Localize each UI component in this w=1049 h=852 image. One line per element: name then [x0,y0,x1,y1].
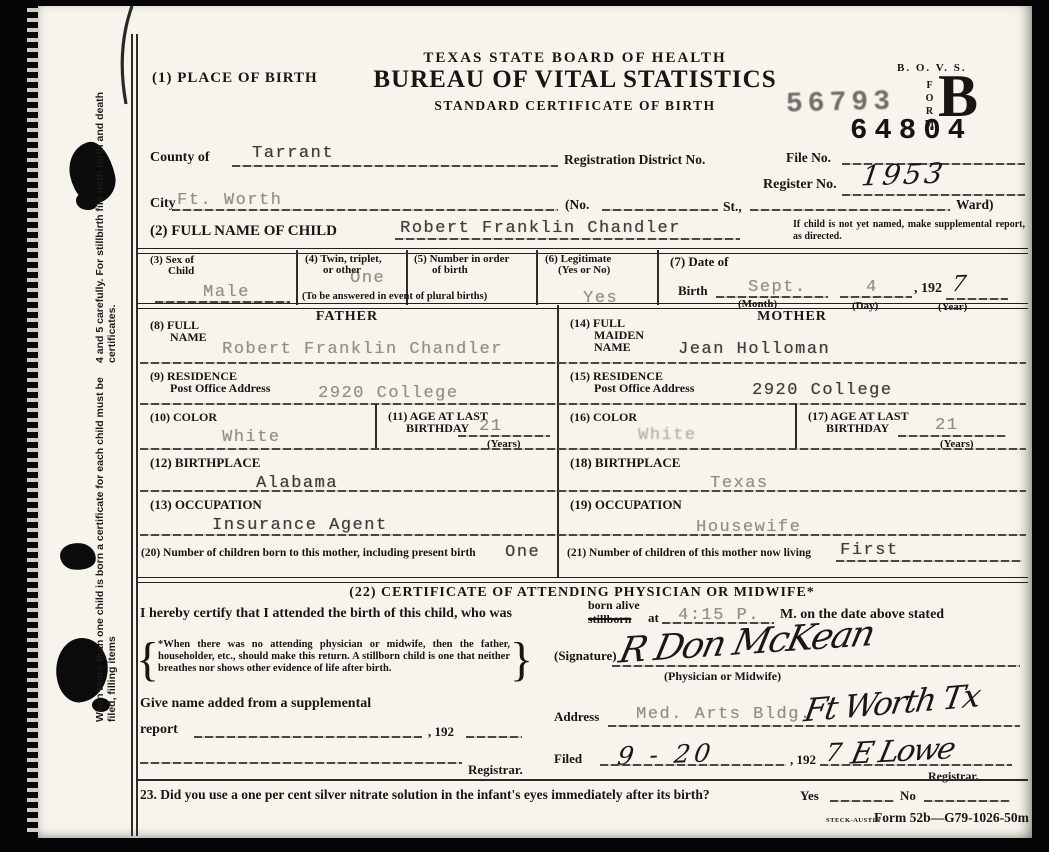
cell-border [536,250,538,305]
column-divider [557,536,559,578]
question23-text: 23. Did you use a one per cent silver ni… [140,787,710,803]
district-label: Registration District No. [564,152,705,168]
born-alive-label: born alive [588,598,640,613]
plural-births-note: (To be answered in event of plural birth… [302,291,487,302]
ruled-line [600,764,786,766]
section-divider [137,303,1028,309]
county-label: County of [150,150,210,166]
ruled-line [924,800,1010,802]
printer-imprint: STECK-AUSTIN [826,817,881,824]
address-typed-value: Med. Arts Bldg. [636,705,812,724]
register-no-label: Register No. [763,177,837,193]
street-no-label: (No. [565,197,589,213]
ruled-line [946,298,1008,300]
certificate-subtitle: STANDARD CERTIFICATE OF BIRTH [434,98,715,114]
sex-label: Child [168,265,194,277]
year-prefix: , 192 [914,281,942,297]
file-no-label: File No. [786,150,831,166]
ruled-line [836,560,1022,562]
birth-order-label: of birth [432,264,468,276]
mother-residence-label: Post Office Address [594,381,694,396]
father-age-label: BIRTHDAY [406,421,469,436]
board-title: TEXAS STATE BOARD OF HEALTH [423,50,726,67]
ruled-line [750,209,950,211]
place-of-birth-label: (1) PLACE OF BIRTH [152,70,318,87]
father-color-label: (10) COLOR [150,410,217,425]
section-divider [137,577,1028,583]
filed-year-prefix: , 192 [790,752,816,768]
father-section-title: FATHER [316,309,378,325]
form-left-border [131,34,133,836]
physician-section-title: (22) CERTIFICATE OF ATTENDING PHYSICIAN … [349,585,815,601]
father-residence-label: Post Office Address [170,381,270,396]
children-born-label: (20) Number of children born to this mot… [141,547,476,559]
children-living-value: First [840,541,899,560]
mother-name-label: NAME [594,340,631,355]
question23-no-label: No [900,788,916,804]
ruled-line [840,296,912,298]
signature-caption: (Physician or Midwife) [664,669,781,684]
ruled-line [608,725,1020,727]
birth-day-value: 4 [866,278,878,297]
sex-value: Male [203,283,250,302]
form-left-border [136,34,138,836]
mother-residence-value: 2920 College [752,381,892,400]
ruled-line [194,736,422,738]
mother-name-value: Jean Holloman [678,340,830,359]
ruled-line [602,209,718,211]
scanned-birth-certificate: When more than one child is born a certi… [0,0,1049,852]
mother-birthplace-label: (18) BIRTHPLACE [570,455,680,471]
children-born-value: One [505,543,540,562]
section-divider [137,779,1028,781]
mother-age-value: 21 [935,416,958,435]
question23-yes-label: Yes [800,788,819,804]
ruled-line [140,762,462,764]
cell-border [795,404,797,449]
ruled-line [172,209,558,211]
cell-border [375,404,377,449]
at-label: at [648,610,659,626]
brace-left: { [136,632,159,687]
bureau-title: BUREAU OF VITAL STATISTICS [373,66,776,94]
perforated-edge [27,8,39,836]
father-birthplace-label: (12) BIRTHPLACE [150,455,260,471]
children-living-label: (21) Number of children of this mother n… [567,547,811,559]
ward-label: Ward) [956,197,994,213]
registrar-signature: E Lowe [848,731,958,771]
stillborn-label: stillborn [588,612,631,627]
row-line [140,448,1026,450]
ruled-line [458,435,550,437]
row-line [140,362,1026,364]
cell-border [296,250,298,305]
mother-color-label: (16) COLOR [570,410,637,425]
margin-instruction-line: When more than one child is born a certi… [94,366,118,722]
margin-instructions: When more than one child is born a certi… [94,90,118,722]
mother-age-label: BIRTHDAY [826,421,889,436]
signature-label: (Signature) [554,648,617,664]
father-occupation-value: Insurance Agent [212,516,388,535]
registrar-caption-right: Registrar. [928,769,979,784]
ruled-line [820,764,1012,766]
physician-footnote: *When there was no attending physician o… [158,639,510,675]
father-occupation-label: (13) OCCUPATION [150,497,262,513]
ruled-line [466,736,522,738]
ruled-line [232,165,558,167]
father-name-value: Robert Franklin Chandler [222,340,503,359]
city-value: Ft. Worth [177,191,282,210]
ruled-line [612,665,1020,667]
brace-right: } [510,632,533,687]
ruled-line [395,238,740,240]
ruled-line [898,435,1006,437]
date-of-birth-label: (7) Date of [670,254,728,270]
child-name-value: Robert Franklin Chandler [400,219,681,238]
filed-label: Filed [554,751,582,767]
row-line [140,534,1026,536]
certify-text: I hereby certify that I attended the bir… [140,606,512,622]
supplemental-year-prefix: , 192 [428,724,454,740]
legitimate-label: (Yes or No) [558,264,610,276]
mother-section-title: MOTHER [757,309,827,325]
unnamed-child-note: If child is not yet named, make suppleme… [793,219,1025,243]
registrar-caption-left: Registrar. [468,762,523,778]
ruled-line [830,800,894,802]
register-no-value: 1953 [859,157,947,193]
file-number-stamp: 64804 [850,114,972,147]
birth-month-value: Sept. [748,278,807,297]
twin-value: One [350,269,385,288]
child-name-label: (2) FULL NAME OF CHILD [150,223,337,240]
father-residence-value: 2920 College [318,384,458,403]
form-number: Form 52b—G79-1026-50m [874,810,1029,826]
father-color-value: White [222,428,281,447]
row-line [140,490,1026,492]
mother-occupation-label: (19) OCCUPATION [570,497,682,513]
county-value: Tarrant [252,144,334,163]
mother-color-value: White [638,426,697,445]
supplemental-line1: Give name added from a supplemental [140,696,371,712]
ruled-line [842,194,1025,196]
margin-instruction-line: 4 and 5 carefully. For stillbirth file b… [94,90,118,363]
report-label: report [140,722,178,738]
father-age-value: 21 [479,417,502,436]
cell-border [657,250,659,305]
address-label: Address [554,709,599,725]
row-line [140,403,1026,405]
birth-label: Birth [678,283,708,299]
father-name-label: NAME [170,330,207,345]
street-label: St., [723,199,742,215]
filed-date-value: 9 - 20 [616,738,717,770]
